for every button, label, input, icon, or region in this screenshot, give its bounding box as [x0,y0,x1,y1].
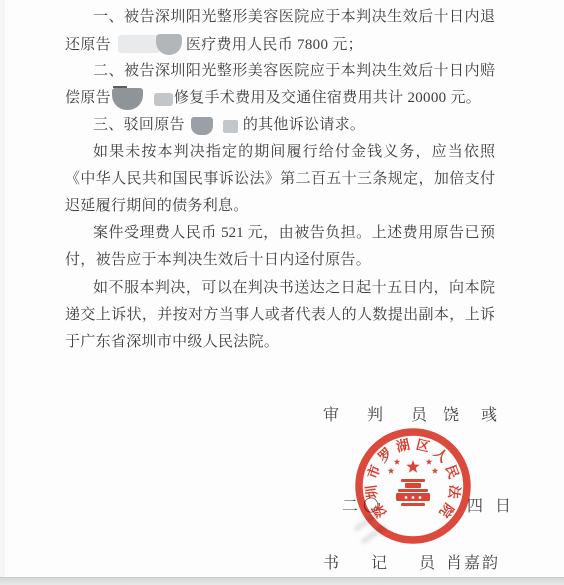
redacted-plaintiff-name [223,120,238,133]
svg-text:圳: 圳 [364,484,381,499]
appeal-clause-line-2: 递交上诉状，并按对方当事人或者代表人的人数提出副本，上诉 [65,305,495,326]
scan-bottom-edge [0,577,564,585]
redacted-plaintiff-name [191,117,213,135]
interest-clause-line-1: 如果未按本判决指定的期间履行给付金钱义务，应当依照 [93,142,495,163]
redacted-plaintiff-name [112,88,143,110]
judgment-item-2-line-1: 二、被告深圳阳光整形美容医院应于本判决生效后十日内赔 [93,61,495,82]
judgment-item-1-line-1: 一、被告深圳阳光整形美容医院应于本判决生效后十日内退 [93,7,495,28]
appeal-clause-line-1: 如不服本判决，可以在判决书送达之日起十五日内，向本院 [93,278,495,299]
judgment-item-1-line-2-text-b: 医疗费用人民币 7800 元； [186,37,363,53]
clerk-name: 肖嘉韵 [446,550,500,573]
scan-left-edge [0,0,5,585]
clerk-title: 书 记 员 [323,550,449,573]
redacted-plaintiff-name [154,93,173,106]
appeal-clause-line-3: 于广东省深圳市中级人民法院。 [65,332,279,353]
svg-text:法: 法 [446,484,464,500]
judgment-item-2-line-2-text-a: 偿原告 [65,90,111,106]
judgment-item-1-line-2: 还原告医疗费用人民币 7800 元； [65,34,363,56]
judgment-document: 一、被告深圳阳光整形美容医院应于本判决生效后十日内退 还原告医疗费用人民币 78… [0,0,564,585]
judgment-item-1-line-2-text-a: 还原告 [65,37,111,53]
judgment-item-2-line-2-text-b: 修复手术费用及交通住宿费用共计 20000 元。 [174,90,481,106]
judgment-item-2-line-2: 偿原告修复手术费用及交通住宿费用共计 20000 元。 [65,88,481,110]
interest-clause-line-3: 迟延履行期间的债务利息。 [65,196,249,217]
interest-clause-line-2: 《中华人民共和国民事诉讼法》第二百五十三条规定，加倍支付 [65,169,495,190]
court-fee-line-2: 付，被告应于本判决生效后十日内迳付原告。 [65,250,371,271]
svg-text:民: 民 [443,463,462,481]
court-fee-line-1: 案件受理费人民币 521 元，由被告负担。上述费用原告已预 [93,223,495,244]
svg-text:区: 区 [415,437,432,455]
court-official-seal: 深圳市罗湖区人民法院 [348,422,478,552]
judgment-item-3-text-a: 三、驳回原告 [93,117,185,133]
judgment-item-3: 三、驳回原告的其他诉讼请求。 [93,115,365,136]
redacted-plaintiff-name [118,35,160,53]
judgment-item-3-text-b: 的其他诉讼请求。 [243,117,365,133]
redacted-plaintiff-name [156,34,182,55]
national-emblem-icon [388,459,438,506]
svg-text:湖: 湖 [394,436,411,455]
